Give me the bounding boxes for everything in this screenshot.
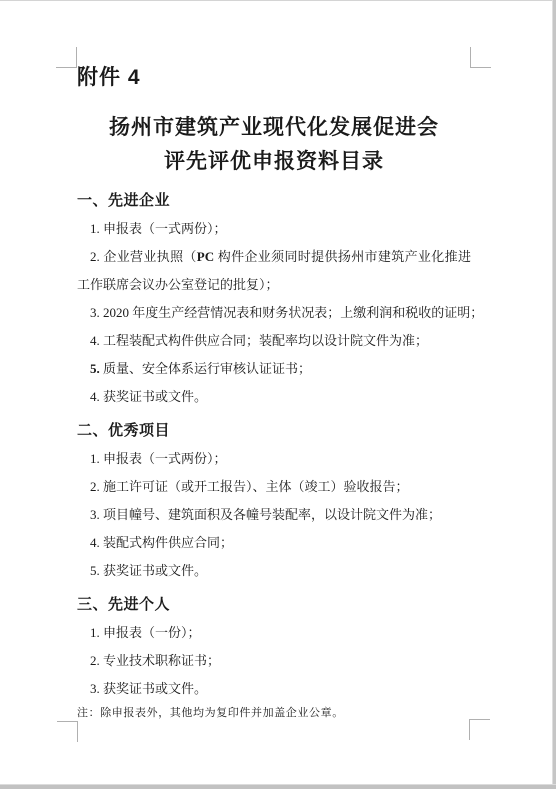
list-item: 5. 获奖证书或文件。 [77, 557, 471, 585]
list-item: 1. 申报表（一式两份）； [77, 215, 471, 243]
margin-crop-mark-bottom-left [57, 721, 78, 742]
document-body: 附件 4 扬州市建筑产业现代化发展促进会 评先评优申报资料目录 一、先进企业 1… [77, 64, 471, 734]
list-item: 2. 专业技术职称证书； [77, 647, 471, 675]
document-title-line2: 评先评优申报资料目录 [77, 144, 471, 178]
attachment-label: 附件 4 [77, 64, 471, 92]
list-item-text: 2. 企业营业执照（ [90, 249, 197, 264]
list-item-text: 质量、安全体系运行审核认证证书； [100, 361, 311, 376]
section-heading-excellent-project: 二、优秀项目 [77, 417, 471, 445]
list-item: 1. 申报表（一份）； [77, 619, 471, 647]
list-item-bold-text: PC [197, 249, 214, 264]
list-item: 3. 获奖证书或文件。 [77, 675, 471, 703]
page-top-edge [0, 0, 556, 1]
section-heading-advanced-individual: 三、先进个人 [77, 591, 471, 619]
document-title-line1: 扬州市建筑产业现代化发展促进会 [77, 110, 471, 144]
list-item: 2. 施工许可证（或开工报告）、主体（竣工）验收报告； [77, 473, 471, 501]
list-item: 4. 工程装配式构件供应合同；装配率均以设计院文件为准； [77, 327, 471, 355]
list-item: 1. 申报表（一式两份）； [77, 445, 471, 473]
document-page: { "page": { "background": "#ffffff", "su… [0, 0, 556, 789]
section-heading-advanced-enterprise: 一、先进企业 [77, 187, 471, 215]
list-item: 2. 企业营业执照（PC 构件企业须同时提供扬州市建筑产业化推进工作联席会议办公… [77, 243, 471, 299]
note-line: 注：除申报表外，其他均为复印件并加盖企业公章。 [77, 703, 471, 723]
page-bottom-edge [0, 784, 556, 789]
page-right-edge [552, 0, 556, 789]
margin-crop-mark-bottom-right [469, 719, 490, 740]
list-item: 5. 质量、安全体系运行审核认证证书； [77, 355, 471, 383]
margin-crop-mark-top-left [56, 47, 77, 68]
margin-crop-mark-top-right [470, 47, 491, 68]
list-item: 4. 装配式构件供应合同； [77, 529, 471, 557]
list-item: 3. 项目幢号、建筑面积及各幢号装配率，以设计院文件为准； [77, 501, 471, 529]
list-item-bold-number: 5. [90, 361, 100, 376]
document-title: 扬州市建筑产业现代化发展促进会 评先评优申报资料目录 [77, 110, 471, 178]
list-item: 4. 获奖证书或文件。 [77, 383, 471, 411]
list-item: 3. 2020 年度生产经营情况表和财务状况表；上缴利润和税收的证明； [77, 299, 471, 327]
